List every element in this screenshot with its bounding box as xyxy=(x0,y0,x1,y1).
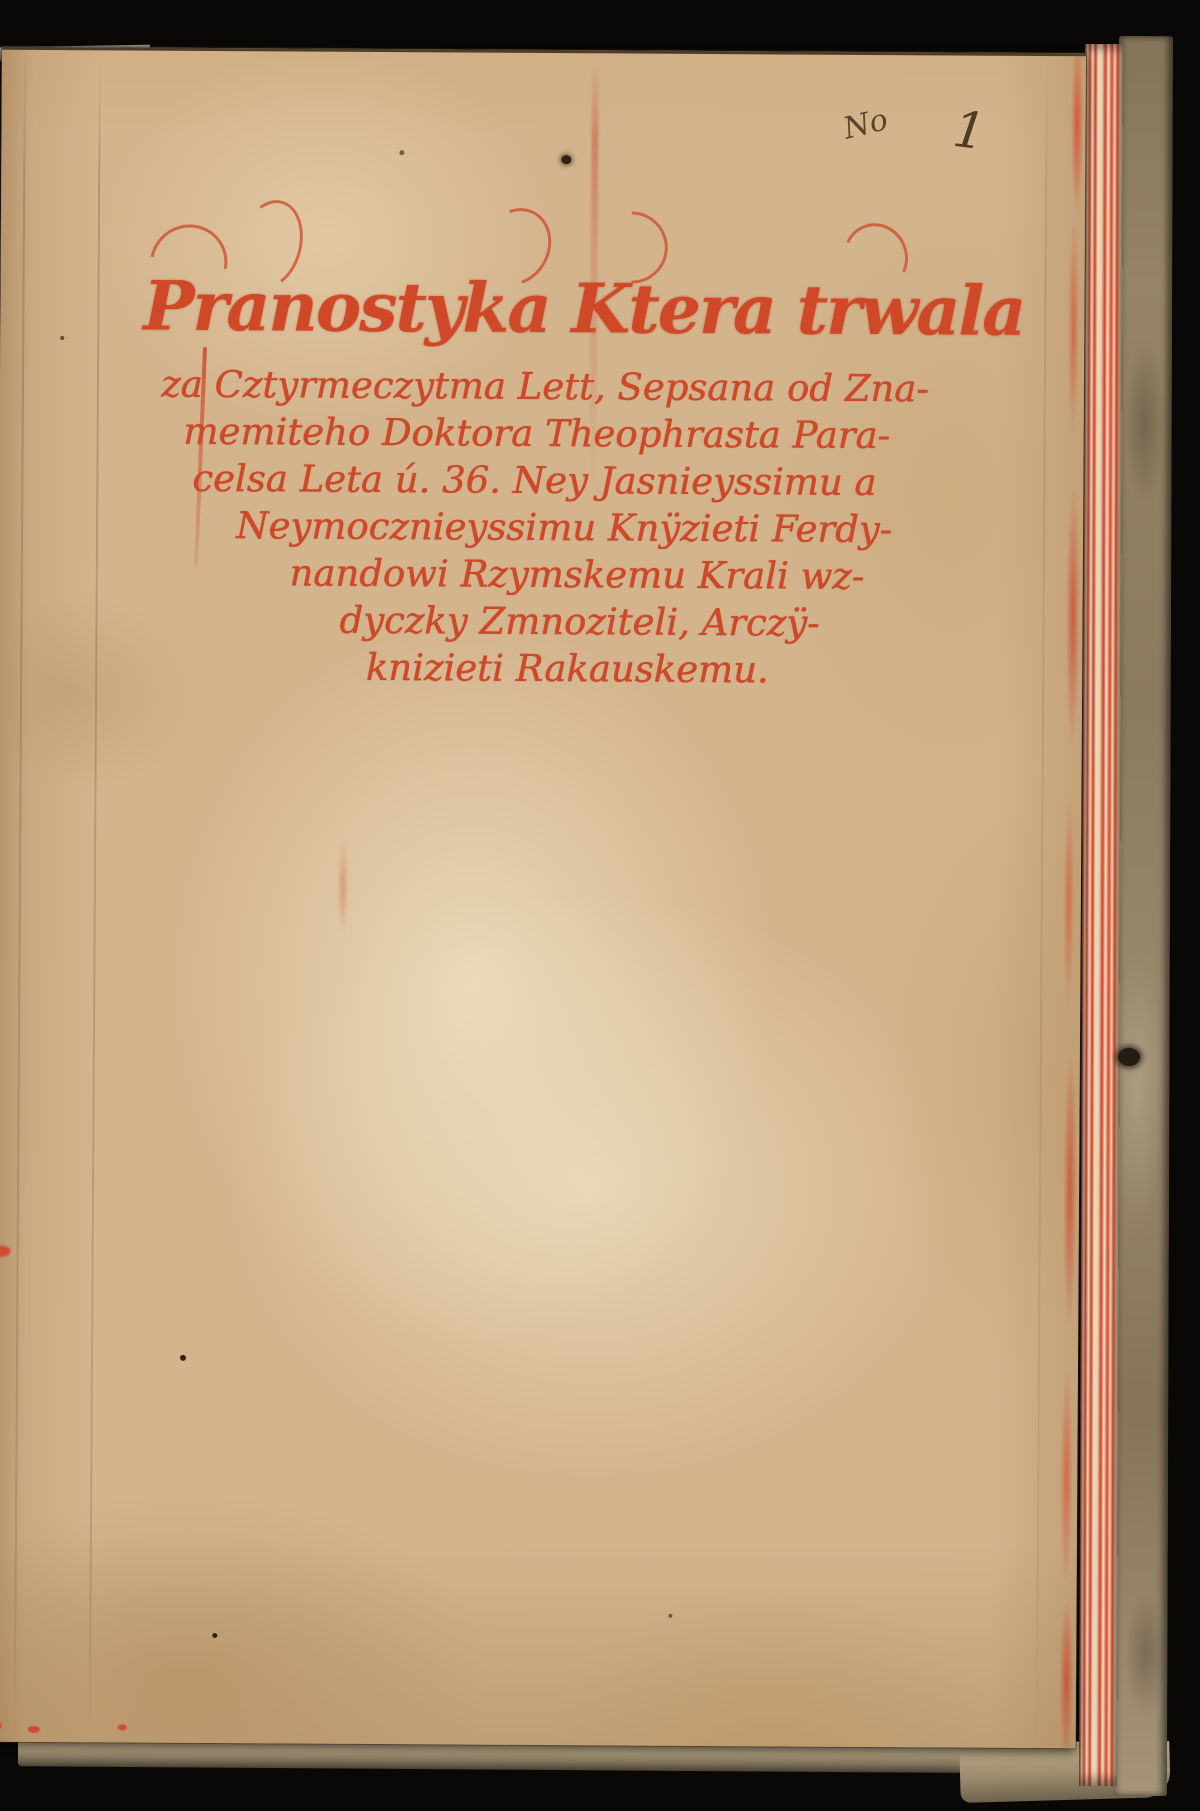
fore-edge-crease xyxy=(1036,56,1048,1748)
title-line: za Cztyrmeczytma Lett, Sepsana od Zna- xyxy=(145,360,945,412)
ink-speck xyxy=(180,1355,186,1361)
ink-speck xyxy=(212,1633,217,1638)
title-line: dyczky Zmnoziteli, Arczÿ- xyxy=(179,595,979,647)
folio-number: 1 xyxy=(950,100,989,162)
red-edge-mark xyxy=(0,1246,11,1257)
ink-speck xyxy=(561,155,571,164)
red-edge-speck xyxy=(118,1724,127,1730)
title-block: Pranostyka Ktera trwala za Cztyrmeczytma… xyxy=(141,197,944,694)
ink-speck xyxy=(60,336,64,340)
gutter-crease xyxy=(89,50,101,1742)
manuscript-photo: No 1 Pranostyka Ktera trwala za Cztyrmec… xyxy=(0,0,1200,1811)
title-line: memiteho Doktora Theophrasta Para- xyxy=(137,407,937,459)
red-ink-smudge xyxy=(334,812,351,962)
gutter-crease xyxy=(14,50,26,1742)
title-line: Neymocznieyssimu Knÿzieti Ferdy- xyxy=(164,501,964,553)
title-main-line: Pranostyka Ktera trwala xyxy=(143,197,944,353)
title-line: knizieti Rakauskemu. xyxy=(167,642,967,694)
red-fore-edge-pages xyxy=(1079,44,1123,1786)
red-edge-speck xyxy=(0,1722,2,1730)
title-line: celsa Leta ú. 36. Ney Jasnieyssimu a xyxy=(134,454,934,506)
ink-speck xyxy=(668,1614,672,1618)
ink-blot xyxy=(1118,1048,1140,1066)
folio-mark: No xyxy=(840,102,891,146)
title-line: nandowi Rzymskemu Krali wz- xyxy=(177,548,977,600)
red-edge-speck xyxy=(28,1726,40,1733)
ink-speck xyxy=(399,150,404,155)
manuscript-page: No 1 Pranostyka Ktera trwala za Cztyrmec… xyxy=(0,47,1086,1749)
